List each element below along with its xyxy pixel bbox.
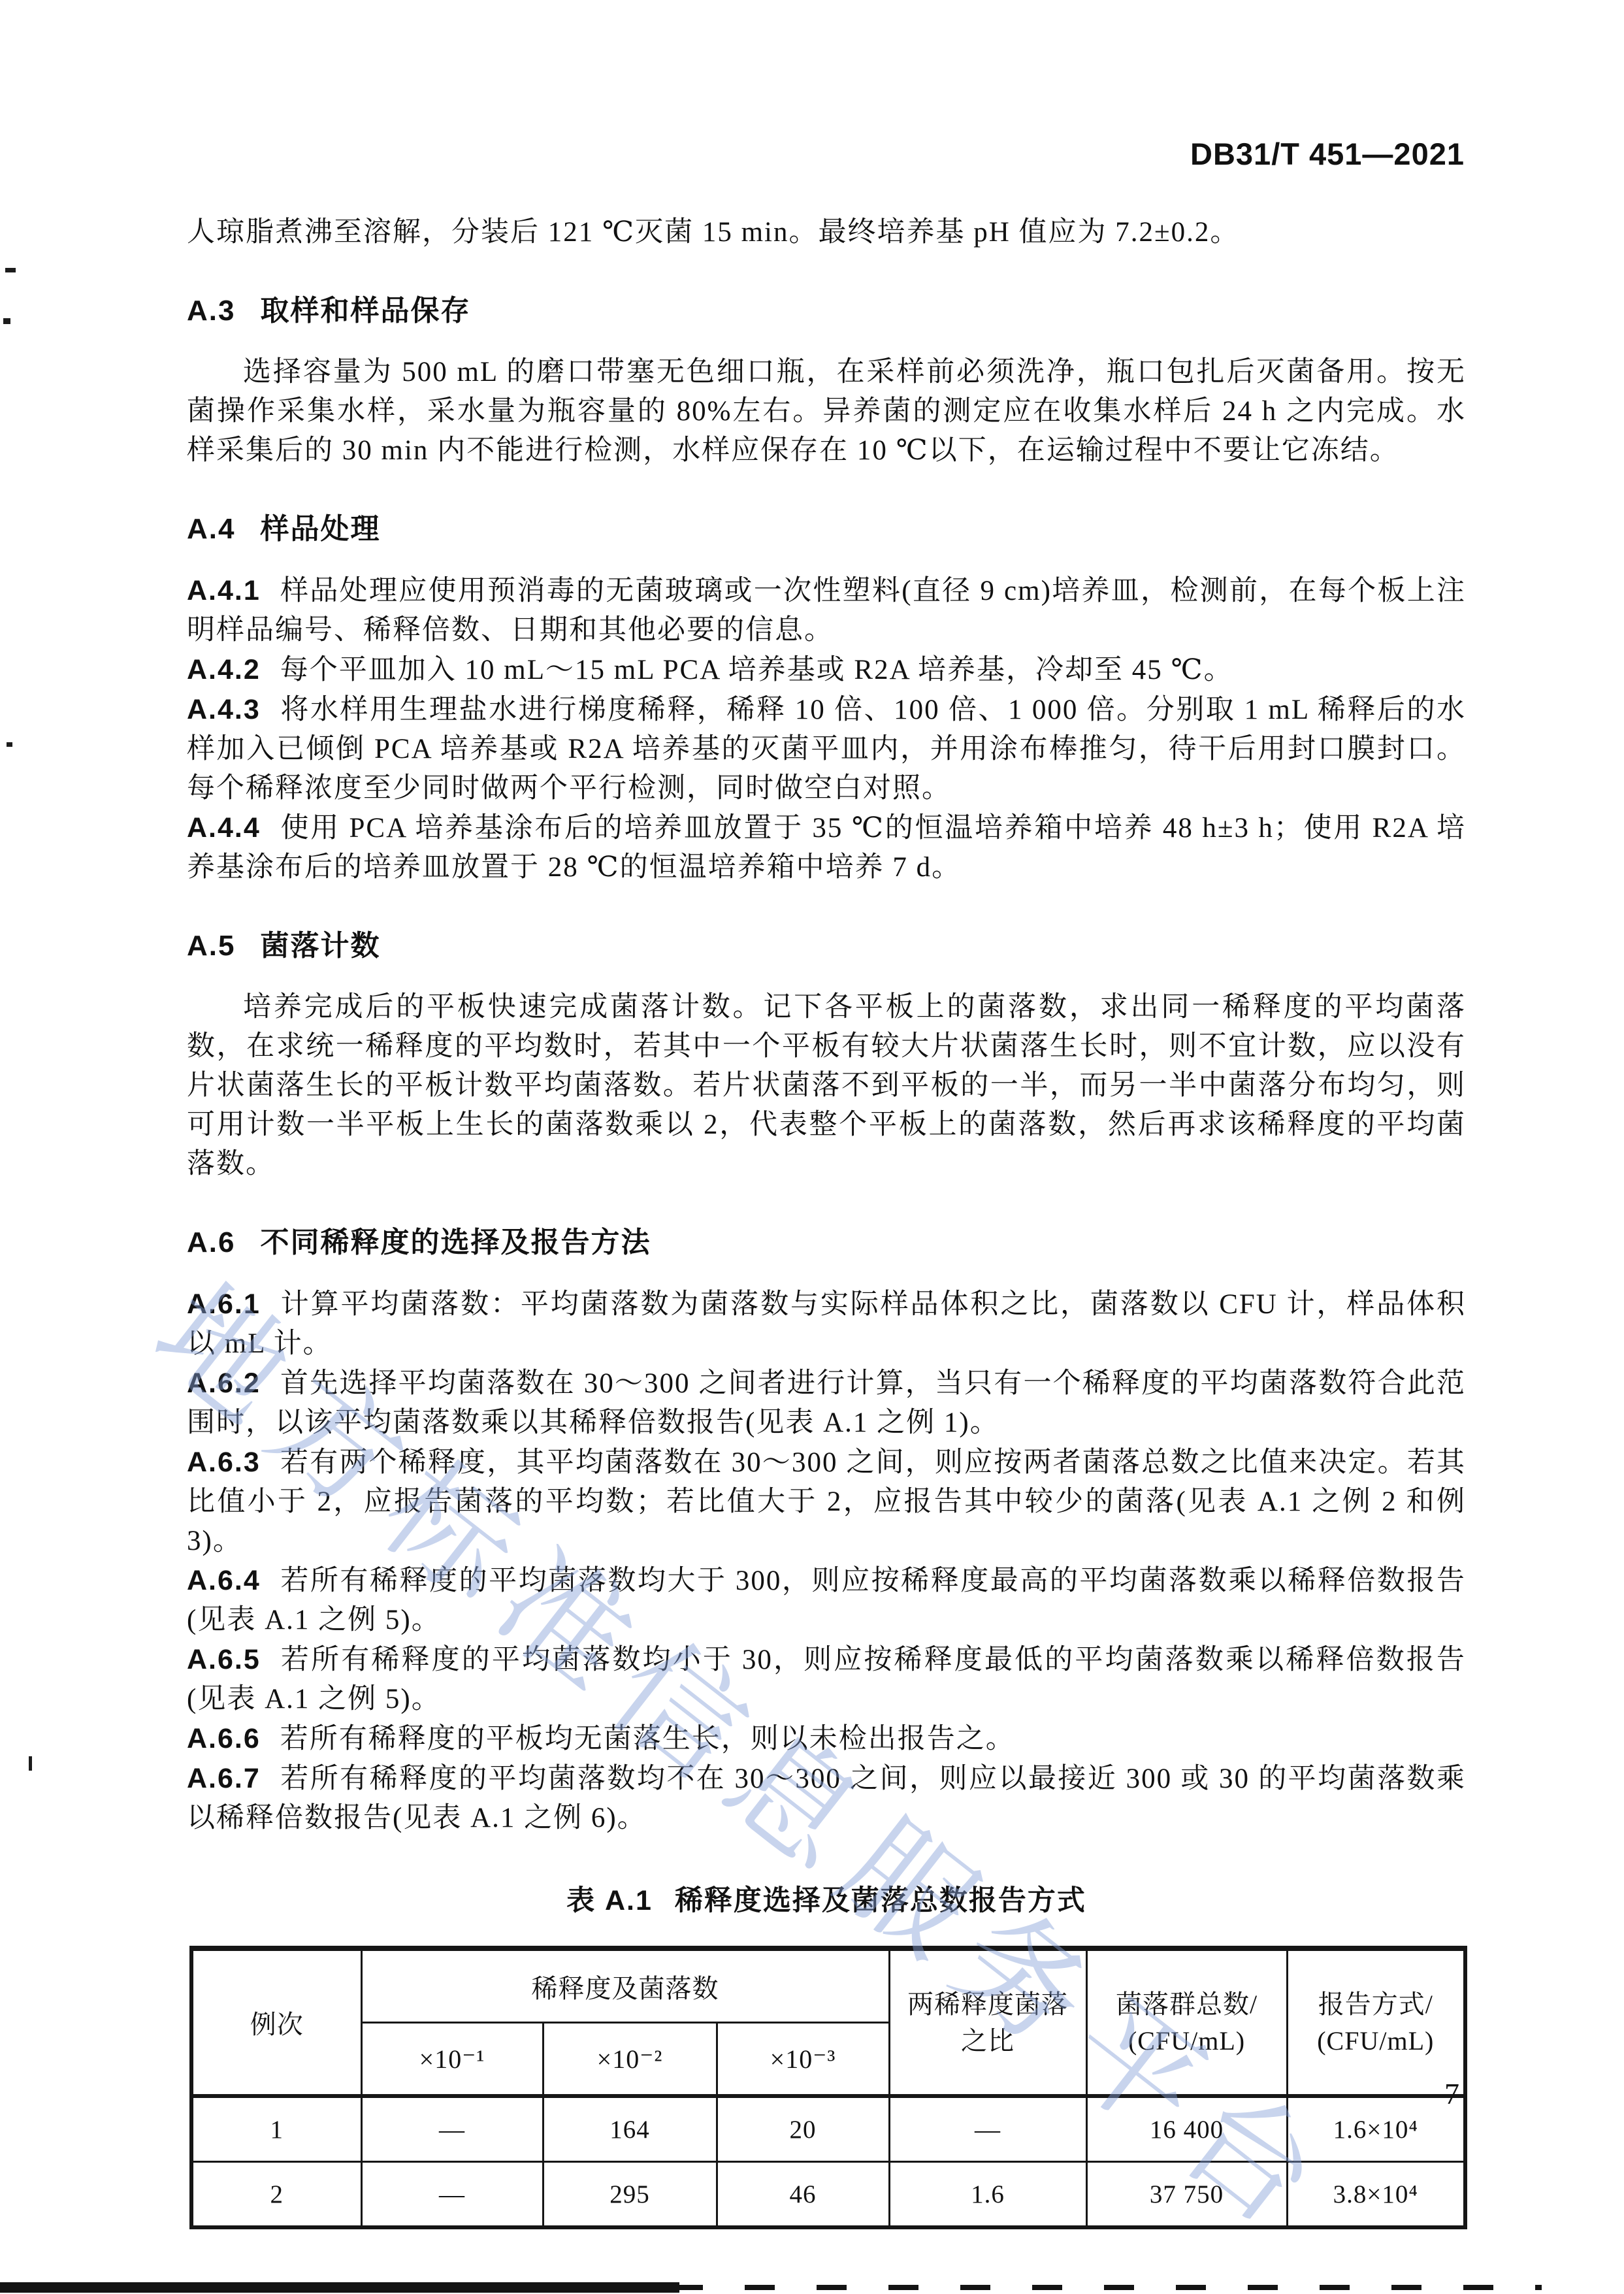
- col-header-report: 报告方式/ (CFU/mL): [1287, 1948, 1465, 2096]
- cell-dilution-3: 46: [717, 2162, 889, 2228]
- document-page: DB31/T 451—2021 人琼脂煮沸至溶解，分装后 121 ℃灭菌 15 …: [0, 0, 1624, 2294]
- col-header-dilution-2: ×10⁻²: [543, 2023, 717, 2097]
- cell-total: 16 400: [1086, 2096, 1287, 2162]
- table-row: 2 — 295 46 1.6 37 750 3.8×10⁴: [191, 2162, 1465, 2228]
- table-caption-number: 表 A.1: [566, 1885, 653, 1916]
- col-header-total: 菌落群总数/ (CFU/mL): [1086, 1948, 1287, 2096]
- col-header-dilution-1: ×10⁻¹: [361, 2023, 543, 2097]
- scan-artifact-bottom-dashes: [673, 2285, 1542, 2290]
- clause-number: A.6.1: [187, 1288, 261, 1320]
- clause-number: A.4.4: [187, 812, 261, 844]
- clause-number: A.6.5: [187, 1644, 261, 1675]
- cell-ratio: —: [889, 2096, 1086, 2162]
- standard-code-header: DB31/T 451—2021: [1190, 136, 1465, 172]
- section-title: 不同稀释度的选择及报告方法: [260, 1226, 651, 1258]
- clause-a6-5: A.6.5若所有稀释度的平均菌落数均小于 30，则应按稀释度最低的平均菌落数乘以…: [187, 1640, 1466, 1719]
- table-caption: 表 A.1稀释度选择及菌落总数报告方式: [187, 1878, 1466, 1918]
- section-heading-a4: A.4样品处理: [187, 510, 1466, 549]
- table-row: 1 — 164 20 — 16 400 1.6×10⁴: [191, 2096, 1465, 2162]
- col-header-dilution-group: 稀释度及菌落数: [361, 1948, 889, 2023]
- section-title: 取样和样品保存: [260, 295, 470, 327]
- clause-text: 样品处理应使用预消毒的无菌玻璃或一次性塑料(直径 9 cm)培养皿，检测前，在每…: [187, 576, 1466, 646]
- col-header-total-line2: (CFU/mL): [1090, 2023, 1284, 2059]
- clause-number: A.4.2: [187, 654, 261, 685]
- clause-text: 计算平均菌落数：平均菌落数为菌落数与实际样品体积之比，菌落数以 CFU 计，样品…: [187, 1289, 1466, 1359]
- section-number: A.3: [187, 295, 235, 327]
- scan-artifact-mark: [7, 742, 12, 747]
- clause-text: 若所有稀释度的平板均无菌落生长，则以未检出报告之。: [280, 1724, 1015, 1754]
- scan-artifact-bottom-bar: [0, 2282, 679, 2293]
- col-header-dilution-3: ×10⁻³: [717, 2023, 889, 2097]
- clause-number: A.6.4: [187, 1565, 261, 1596]
- section-number: A.6: [187, 1226, 235, 1258]
- clause-number: A.4.3: [187, 694, 261, 725]
- clause-a6-3: A.6.3若有两个稀释度，其平均菌落数在 30～300 之间，则应按两者菌落总数…: [187, 1443, 1466, 1561]
- cell-dilution-1: —: [361, 2096, 543, 2162]
- paragraph-a3-body: 选择容量为 500 mL 的磨口带塞无色细口瓶，在采样前必须洗净，瓶口包扎后灭菌…: [187, 353, 1466, 470]
- page-content: 人琼脂煮沸至溶解，分装后 121 ℃灭菌 15 min。最终培养基 pH 值应为…: [187, 213, 1466, 2229]
- clause-text: 若所有稀释度的平均菌落数均不在 30～300 之间，则应以最接近 300 或 3…: [187, 1763, 1466, 1833]
- clause-text: 使用 PCA 培养基涂布后的培养皿放置于 35 ℃的恒温培养箱中培养 48 h±…: [187, 813, 1466, 883]
- clause-text: 每个平皿加入 10 mL～15 mL PCA 培养基或 R2A 培养基，冷却至 …: [280, 655, 1233, 685]
- cell-ratio: 1.6: [889, 2162, 1086, 2228]
- clause-number: A.6.2: [187, 1368, 261, 1399]
- paragraph-intro: 人琼脂煮沸至溶解，分装后 121 ℃灭菌 15 min。最终培养基 pH 值应为…: [187, 213, 1466, 252]
- col-header-ratio: 两稀释度菌落 之比: [889, 1948, 1086, 2096]
- clause-a6-7: A.6.7若所有稀释度的平均菌落数均不在 30～300 之间，则应以最接近 30…: [187, 1759, 1466, 1838]
- section-heading-a6: A.6不同稀释度的选择及报告方法: [187, 1223, 1466, 1262]
- clause-number: A.6.7: [187, 1763, 261, 1794]
- clause-a4-2: A.4.2每个平皿加入 10 mL～15 mL PCA 培养基或 R2A 培养基…: [187, 650, 1466, 690]
- scan-artifact-mark: [3, 318, 10, 324]
- cell-report: 3.8×10⁴: [1287, 2162, 1465, 2228]
- cell-dilution-2: 164: [543, 2096, 717, 2162]
- clause-text: 首先选择平均菌落数在 30～300 之间者进行计算，当只有一个稀释度的平均菌落数…: [187, 1368, 1466, 1438]
- cell-example: 2: [191, 2162, 361, 2228]
- section-number: A.4: [187, 513, 235, 545]
- col-header-ratio-line1: 两稀释度菌落: [893, 1986, 1083, 2023]
- clause-number: A.6.3: [187, 1447, 261, 1478]
- col-header-ratio-line2: 之比: [893, 2023, 1083, 2059]
- cell-dilution-2: 295: [543, 2162, 717, 2228]
- clause-a6-1: A.6.1计算平均菌落数：平均菌落数为菌落数与实际样品体积之比，菌落数以 CFU…: [187, 1285, 1466, 1364]
- section-heading-a3: A.3取样和样品保存: [187, 291, 1466, 331]
- clause-number: A.6.6: [187, 1723, 261, 1754]
- col-header-report-line2: (CFU/mL): [1291, 2023, 1461, 2059]
- col-header-total-line1: 菌落群总数/: [1090, 1986, 1284, 2023]
- clause-text: 若所有稀释度的平均菌落数均大于 300，则应按稀释度最高的平均菌落数乘以稀释倍数…: [187, 1565, 1466, 1635]
- scan-artifact-mark: [29, 1756, 32, 1771]
- clause-a6-2: A.6.2首先选择平均菌落数在 30～300 之间者进行计算，当只有一个稀释度的…: [187, 1364, 1466, 1443]
- col-header-example: 例次: [191, 1948, 361, 2096]
- clause-text: 将水样用生理盐水进行梯度稀释，稀释 10 倍、100 倍、1 000 倍。分别取…: [187, 695, 1466, 804]
- cell-dilution-3: 20: [717, 2096, 889, 2162]
- clause-text: 若所有稀释度的平均菌落数均小于 30，则应按稀释度最低的平均菌落数乘以稀释倍数报…: [187, 1645, 1466, 1714]
- clause-a4-4: A.4.4使用 PCA 培养基涂布后的培养皿放置于 35 ℃的恒温培养箱中培养 …: [187, 808, 1466, 887]
- clause-number: A.4.1: [187, 575, 261, 606]
- scan-artifact-mark: [5, 268, 16, 272]
- page-number: 7: [1444, 2076, 1459, 2111]
- clause-a4-1: A.4.1样品处理应使用预消毒的无菌玻璃或一次性塑料(直径 9 cm)培养皿，检…: [187, 571, 1466, 650]
- section-heading-a5: A.5菌落计数: [187, 926, 1466, 966]
- table-a1: 例次 稀释度及菌落数 两稀释度菌落 之比 菌落群总数/ (CFU/mL) 报告方…: [189, 1946, 1467, 2229]
- clause-a6-4: A.6.4若所有稀释度的平均菌落数均大于 300，则应按稀释度最高的平均菌落数乘…: [187, 1561, 1466, 1640]
- clause-text: 若有两个稀释度，其平均菌落数在 30～300 之间，则应按两者菌落总数之比值来决…: [187, 1447, 1466, 1556]
- clause-a6-6: A.6.6若所有稀释度的平板均无菌落生长，则以未检出报告之。: [187, 1719, 1466, 1759]
- section-title: 菌落计数: [260, 930, 380, 962]
- section-number: A.5: [187, 930, 235, 962]
- col-header-report-line1: 报告方式/: [1291, 1986, 1461, 2023]
- table-caption-title: 稀释度选择及菌落总数报告方式: [675, 1885, 1086, 1916]
- cell-dilution-1: —: [361, 2162, 543, 2228]
- cell-example: 1: [191, 2096, 361, 2162]
- cell-total: 37 750: [1086, 2162, 1287, 2228]
- clause-a4-3: A.4.3将水样用生理盐水进行梯度稀释，稀释 10 倍、100 倍、1 000 …: [187, 690, 1466, 808]
- cell-report: 1.6×10⁴: [1287, 2096, 1465, 2162]
- paragraph-a5-body: 培养完成后的平板快速完成菌落计数。记下各平板上的菌落数，求出同一稀释度的平均菌落…: [187, 988, 1466, 1184]
- section-title: 样品处理: [260, 513, 380, 545]
